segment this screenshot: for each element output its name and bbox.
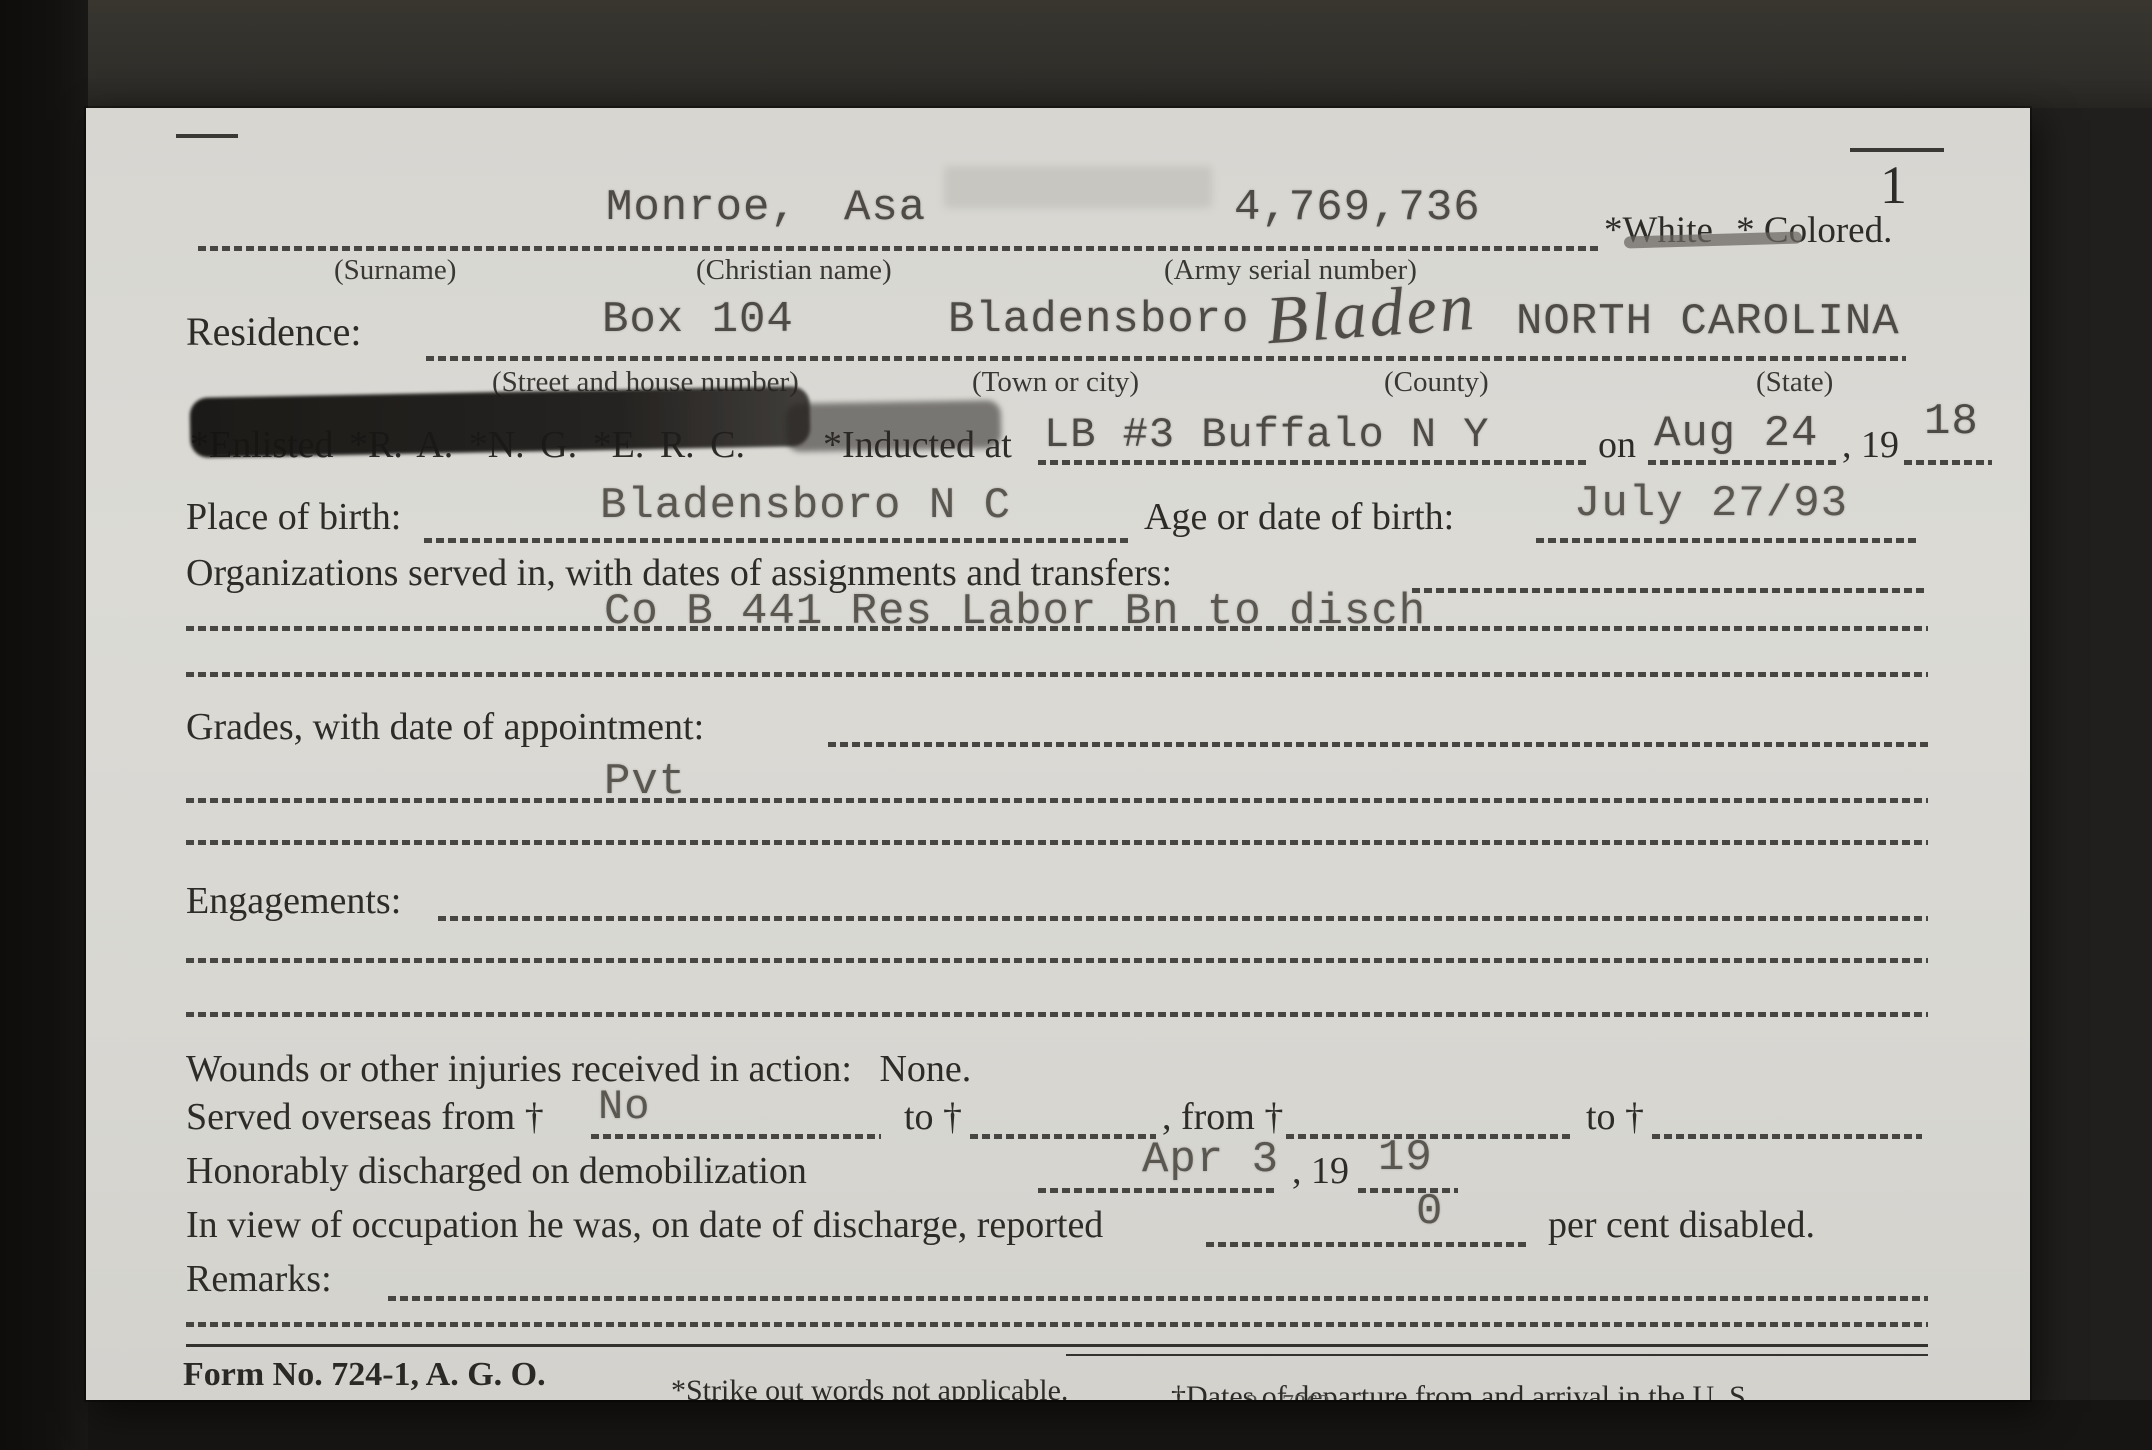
- page-number-overline: [1850, 148, 1944, 152]
- surname-label: (Surname): [334, 256, 456, 285]
- redaction-mark: [189, 386, 810, 458]
- residence-label: Residence:: [186, 312, 362, 352]
- dotted-rule: [186, 798, 1928, 803]
- place-of-birth-label: Place of birth:: [186, 498, 401, 536]
- engagements-label: Engagements:: [186, 882, 401, 920]
- age-value: July 27/93: [1574, 482, 1848, 526]
- scan-border-left: [0, 0, 88, 1450]
- induction-place-value: LB #3 Buffalo N Y: [1044, 414, 1489, 456]
- dotted-rule: [186, 626, 1928, 631]
- state-value: NORTH CAROLINA: [1516, 300, 1900, 344]
- wounds-label: Wounds or other injuries received in act…: [186, 1048, 852, 1090]
- army-serial-number-value: 4,769,736: [1234, 186, 1481, 230]
- dotted-rule: [1904, 460, 1992, 465]
- overseas-to2-label: to †: [1586, 1098, 1644, 1136]
- street-value: Box 104: [602, 298, 794, 342]
- footer-divider-line: [186, 1344, 1928, 1347]
- age-label: Age or date of birth:: [1144, 498, 1454, 536]
- discharge-year-value: 19: [1378, 1136, 1433, 1180]
- dotted-rule: [1412, 588, 1928, 593]
- service-record-card: 1 Monroe, Asa 4,769,736 *White * Colored…: [86, 108, 2030, 1400]
- town-value: Bladensboro: [948, 298, 1249, 342]
- grades-label: Grades, with date of appointment:: [186, 708, 704, 746]
- wounds-value: None.: [879, 1048, 971, 1090]
- town-label: (Town or city): [972, 368, 1139, 397]
- corner-tick-mark: [176, 134, 238, 138]
- christian-name-value: Asa: [844, 186, 926, 230]
- form-date: Nov. 22, 1919.: [311, 1394, 494, 1400]
- faint-smudge: [944, 166, 1212, 208]
- county-label: (County): [1384, 368, 1489, 397]
- dotted-rule: [186, 840, 1928, 845]
- surname-value: Monroe,: [606, 186, 798, 230]
- dotted-rule: [424, 538, 1130, 543]
- scan-border-bottom: [88, 1400, 2152, 1450]
- on-label: on: [1598, 426, 1636, 464]
- dotted-rule: [426, 356, 1906, 361]
- dotted-rule: [186, 1012, 1928, 1017]
- dotted-rule: [970, 1134, 1156, 1139]
- dotted-rule: [828, 742, 1928, 747]
- dotted-rule: [198, 246, 1598, 251]
- place-of-birth-value: Bladensboro N C: [600, 484, 1011, 528]
- dotted-rule: [388, 1296, 1928, 1301]
- scan-border-top: [88, 0, 2152, 110]
- race-colored-option: * Colored.: [1736, 210, 1892, 251]
- dotted-rule: [591, 1134, 881, 1139]
- form-number: Form No. 724-1, A. G. O.: [183, 1358, 546, 1392]
- footnote-strike-out: *Strike out words not applicable.: [671, 1376, 1068, 1400]
- discharge-label: Honorably discharged on demobilization: [186, 1152, 807, 1190]
- overseas-from2-label: , from †: [1162, 1098, 1283, 1136]
- year-prefix: , 19: [1842, 426, 1899, 464]
- induction-date-value: Aug 24: [1654, 412, 1818, 456]
- discharge-date-value: Apr 3: [1142, 1138, 1279, 1182]
- wounds-line: Wounds or other injuries received in act…: [186, 1050, 971, 1088]
- overseas-to1-label: to †: [904, 1098, 962, 1136]
- discharge-year-prefix: , 19: [1292, 1152, 1349, 1190]
- remarks-label: Remarks:: [186, 1260, 332, 1298]
- dotted-rule: [1038, 460, 1588, 465]
- overseas-from1-label: Served overseas from †: [186, 1098, 544, 1136]
- dotted-rule: [186, 672, 1928, 677]
- page-number: 1: [1880, 158, 1907, 212]
- christian-name-label: (Christian name): [696, 256, 892, 285]
- dotted-rule: [1652, 1134, 1922, 1139]
- county-handwritten-value: Bladen: [1264, 267, 1480, 361]
- dotted-rule: [1536, 538, 1920, 543]
- dotted-rule: [1038, 1188, 1278, 1193]
- overseas-from1-value: No: [598, 1086, 650, 1128]
- dotted-rule: [438, 916, 1928, 921]
- induction-year-value: 18: [1924, 400, 1979, 444]
- dotted-rule: [186, 958, 1928, 963]
- scan-border-right: [2030, 108, 2152, 1408]
- dotted-rule: [186, 1322, 1928, 1327]
- redaction-smear: [786, 400, 1002, 452]
- print-code: 2—7362: [1246, 1392, 1330, 1400]
- disability-label: In view of occupation he was, on date of…: [186, 1206, 1103, 1244]
- dotted-rule: [1648, 460, 1838, 465]
- disability-value: 0: [1416, 1190, 1443, 1234]
- dotted-rule: [1206, 1242, 1526, 1247]
- footer-divider-line-2: [1066, 1354, 1928, 1356]
- disability-suffix: per cent disabled.: [1548, 1206, 1815, 1244]
- state-label: (State): [1756, 368, 1833, 397]
